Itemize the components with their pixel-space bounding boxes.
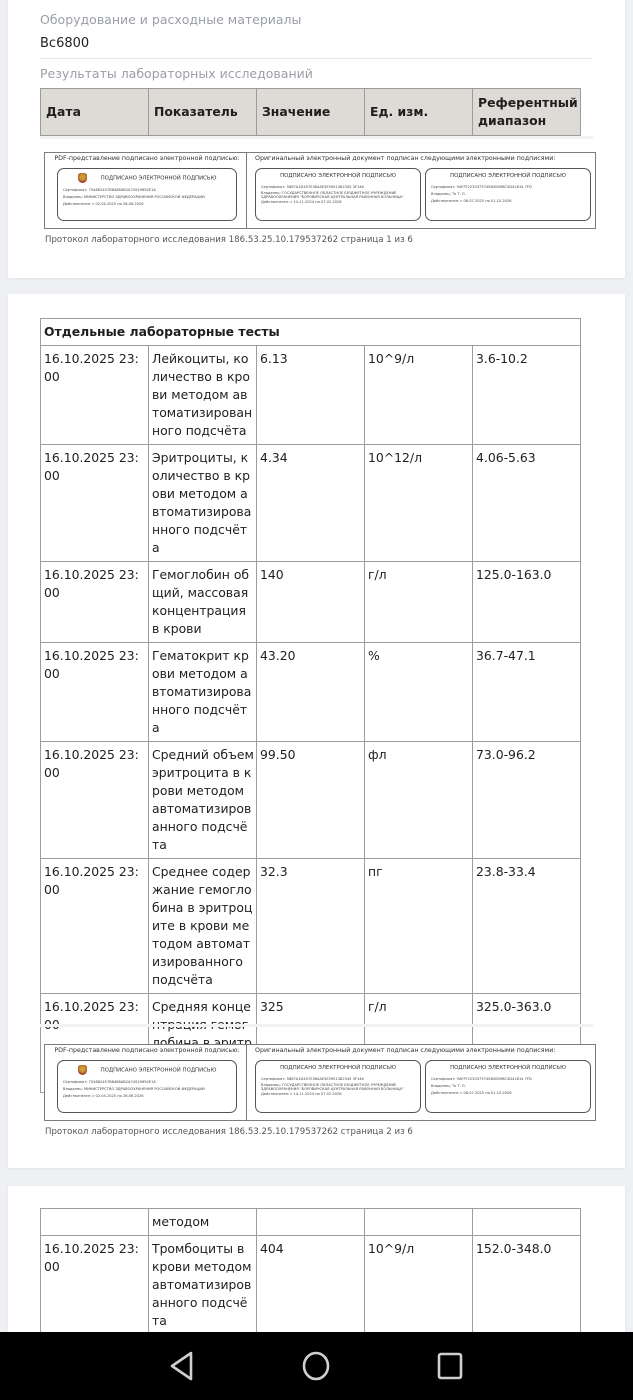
pdf-page-2: Отдельные лабораторные тесты 16.10.2025 … — [8, 294, 625, 1168]
cell-indicator: Средний объем эритроцита в крови методом… — [149, 742, 257, 859]
divider — [40, 1024, 593, 1027]
cell-value — [257, 1209, 365, 1236]
table-row: 16.10.2025 23:00Среднее содержание гемог… — [41, 859, 581, 994]
header-date: Дата — [41, 89, 149, 136]
cell-indicator: Гематокрит крови методом автоматизирован… — [149, 643, 257, 742]
android-navigation-bar — [0, 1332, 633, 1400]
table-row: 16.10.2025 23:00Гемоглобин общий, массов… — [41, 562, 581, 643]
cell-reference-range: 152.0-348.0 — [473, 1236, 581, 1333]
cell-indicator: Среднее содержание гемоглобина в эритроц… — [149, 859, 257, 994]
protocol-footer: Протокол лабораторного исследования 186.… — [45, 235, 413, 245]
table-row: 16.10.2025 23:00Средний объем эритроцита… — [41, 742, 581, 859]
cell-reference-range: 23.8-33.4 — [473, 859, 581, 994]
header-unit: Ед. изм. — [365, 89, 473, 136]
signature-stamp: ПОДПИСАНО ЭЛЕКТРОННОЙ ПОДПИСЬЮ Сертифика… — [255, 1060, 421, 1113]
cell-date: 16.10.2025 23:00 — [41, 643, 149, 742]
coat-of-arms-icon — [78, 1065, 87, 1075]
cell-reference-range: 36.7-47.1 — [473, 643, 581, 742]
cell-date: 16.10.2025 23:00 — [41, 859, 149, 994]
cell-reference-range — [473, 1209, 581, 1236]
cell-reference-range: 125.0-163.0 — [473, 562, 581, 643]
table-row: 16.10.2025 23:00Эритроциты, количество в… — [41, 445, 581, 562]
cell-value: 140 — [257, 562, 365, 643]
divider — [40, 58, 593, 59]
header-value: Значение — [257, 89, 365, 136]
home-icon[interactable] — [296, 1348, 336, 1384]
signature-stamp: ПОДПИСАНО ЭЛЕКТРОННОЙ ПОДПИСЬЮ Сертифика… — [425, 168, 591, 221]
cell-date: 16.10.2025 23:00 — [41, 445, 149, 562]
divider — [40, 136, 593, 139]
cell-value: 4.34 — [257, 445, 365, 562]
pdf-page-1: Оборудование и расходные материалы Bc680… — [8, 0, 625, 278]
signature-stamp: ПОДПИСАНО ЭЛЕКТРОННОЙ ПОДПИСЬЮ Сертифика… — [425, 1060, 591, 1113]
cell-unit: фл — [365, 742, 473, 859]
cell-unit — [365, 1209, 473, 1236]
cell-reference-range: 4.06-5.63 — [473, 445, 581, 562]
pdf-page-3: методом16.10.2025 23:00Тромбоциты в кров… — [8, 1186, 625, 1332]
equipment-label: Оборудование и расходные материалы — [40, 12, 301, 27]
section-title: Отдельные лабораторные тесты — [41, 319, 581, 346]
equipment-value: Bc6800 — [40, 36, 89, 51]
results-table: Отдельные лабораторные тесты 16.10.2025 … — [40, 318, 581, 1093]
coat-of-arms-icon — [78, 173, 87, 183]
document-viewer[interactable]: Оборудование и расходные материалы Bc680… — [0, 0, 633, 1332]
header-reference-range: Референтный диапазон — [473, 89, 581, 136]
cell-indicator: Тромбоциты в крови методом автоматизиров… — [149, 1236, 257, 1333]
table-row: 16.10.2025 23:00Лейкоциты, количество в … — [41, 346, 581, 445]
back-icon[interactable] — [161, 1348, 201, 1384]
pdf-signature-heading: PDF-представление подписано электронной … — [49, 155, 245, 162]
cell-date — [41, 1209, 149, 1236]
cell-date: 16.10.2025 23:00 — [41, 1236, 149, 1333]
cell-indicator: Лейкоциты, количество в крови методом ав… — [149, 346, 257, 445]
cell-unit: г/л — [365, 562, 473, 643]
cell-reference-range: 73.0-96.2 — [473, 742, 581, 859]
cell-unit: % — [365, 643, 473, 742]
cell-date: 16.10.2025 23:00 — [41, 346, 149, 445]
cell-unit: 10^12/л — [365, 445, 473, 562]
cell-indicator: Эритроциты, количество в крови методом а… — [149, 445, 257, 562]
signature-stamp: ПОДПИСАНО ЭЛЕКТРОННОЙ ПОДПИСЬЮ Сертифика… — [57, 1060, 237, 1113]
cell-value: 6.13 — [257, 346, 365, 445]
signature-block: PDF-представление подписано электронной … — [44, 152, 596, 229]
table-row: методом — [41, 1209, 581, 1236]
cell-indicator: Гемоглобин общий, массовая концентрация … — [149, 562, 257, 643]
results-table: методом16.10.2025 23:00Тромбоциты в кров… — [40, 1208, 581, 1332]
cell-unit: пг — [365, 859, 473, 994]
cell-unit: 10^9/л — [365, 346, 473, 445]
cell-date: 16.10.2025 23:00 — [41, 742, 149, 859]
signature-stamp: ПОДПИСАНО ЭЛЕКТРОННОЙ ПОДПИСЬЮ Сертифика… — [255, 168, 421, 221]
cell-date: 16.10.2025 23:00 — [41, 562, 149, 643]
results-label: Результаты лабораторных исследований — [40, 66, 313, 81]
cell-value: 43.20 — [257, 643, 365, 742]
cell-value: 32.3 — [257, 859, 365, 994]
signature-block: PDF-представление подписано электронной … — [44, 1044, 596, 1121]
signature-stamp: ПОДПИСАНО ЭЛЕКТРОННОЙ ПОДПИСЬЮ Сертифика… — [57, 168, 237, 221]
results-table-header: Дата Показатель Значение Ед. изм. Рефере… — [40, 88, 581, 136]
cell-indicator: методом — [149, 1209, 257, 1236]
header-indicator: Показатель — [149, 89, 257, 136]
cell-value: 99.50 — [257, 742, 365, 859]
original-signature-heading: Оригинальный электронный документ подпис… — [251, 155, 596, 162]
cell-reference-range: 3.6-10.2 — [473, 346, 581, 445]
protocol-footer: Протокол лабораторного исследования 186.… — [45, 1127, 413, 1137]
recents-icon[interactable] — [430, 1348, 470, 1384]
table-row: 16.10.2025 23:00Тромбоциты в крови метод… — [41, 1236, 581, 1333]
cell-unit: 10^9/л — [365, 1236, 473, 1333]
cell-value: 404 — [257, 1236, 365, 1333]
table-row: 16.10.2025 23:00Гематокрит крови методом… — [41, 643, 581, 742]
